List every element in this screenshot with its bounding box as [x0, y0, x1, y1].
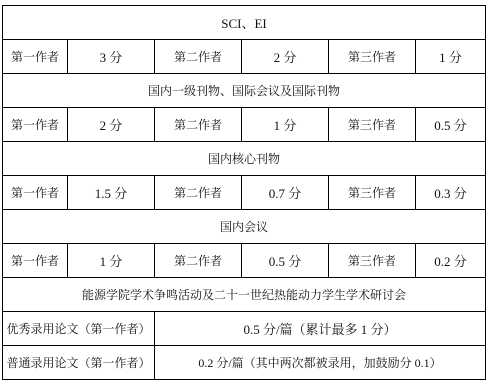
score-value: 1 分: [416, 40, 486, 74]
author-score-row: 第一作者 2 分 第二作者 1 分 第三作者 0.5 分: [3, 108, 486, 142]
section-title-domestic-first-class: 国内一级刊物、国际会议及国际刊物: [3, 74, 486, 108]
author-score-row: 第一作者 3 分 第二作者 2 分 第三作者 1 分: [3, 40, 486, 74]
author-label: 第三作者: [329, 244, 416, 278]
author-label: 第一作者: [3, 40, 68, 74]
author-label: 第二作者: [155, 40, 242, 74]
author-label: 第二作者: [155, 176, 242, 210]
score-value: 0.7 分: [242, 176, 329, 210]
score-value: 0.5 分: [416, 108, 486, 142]
author-label: 第二作者: [155, 108, 242, 142]
paper-score-row: 普通录用论文（第一作者） 0.2 分/篇（其中两次都被录用，加鼓励分 0.1）: [3, 346, 486, 380]
section-header-row: 国内一级刊物、国际会议及国际刊物: [3, 74, 486, 108]
score-value: 2 分: [242, 40, 329, 74]
score-value: 1 分: [242, 108, 329, 142]
section-title-sci-ei: SCI、EI: [3, 6, 486, 40]
paper-score-row: 优秀录用论文（第一作者） 0.5 分/篇（累计最多 1 分）: [3, 312, 486, 346]
author-score-row: 第一作者 1.5 分 第二作者 0.7 分 第三作者 0.3 分: [3, 176, 486, 210]
score-value: 1.5 分: [68, 176, 155, 210]
paper-score-value: 0.5 分/篇（累计最多 1 分）: [155, 312, 486, 346]
author-label: 第一作者: [3, 108, 68, 142]
section-header-row: 能源学院学术争鸣活动及二十一世纪热能动力学生学术研讨会: [3, 278, 486, 312]
author-label: 第一作者: [3, 176, 68, 210]
section-header-row: 国内会议: [3, 210, 486, 244]
paper-category-label: 优秀录用论文（第一作者）: [3, 312, 155, 346]
score-value: 3 分: [68, 40, 155, 74]
author-score-row: 第一作者 1 分 第二作者 0.5 分 第三作者 0.2 分: [3, 244, 486, 278]
section-title-domestic-core: 国内核心刊物: [3, 142, 486, 176]
score-value: 0.2 分: [416, 244, 486, 278]
score-value: 0.5 分: [242, 244, 329, 278]
scoring-table: SCI、EI 第一作者 3 分 第二作者 2 分 第三作者 1 分 国内一级刊物…: [2, 5, 486, 380]
paper-category-label: 普通录用论文（第一作者）: [3, 346, 155, 380]
score-value: 0.3 分: [416, 176, 486, 210]
section-header-row: SCI、EI: [3, 6, 486, 40]
score-value: 2 分: [68, 108, 155, 142]
author-label: 第一作者: [3, 244, 68, 278]
author-label: 第三作者: [329, 40, 416, 74]
author-label: 第三作者: [329, 176, 416, 210]
author-label: 第二作者: [155, 244, 242, 278]
section-title-domestic-conference: 国内会议: [3, 210, 486, 244]
score-value: 1 分: [68, 244, 155, 278]
section-header-row: 国内核心刊物: [3, 142, 486, 176]
author-label: 第三作者: [329, 108, 416, 142]
paper-score-value: 0.2 分/篇（其中两次都被录用，加鼓励分 0.1）: [155, 346, 486, 380]
section-title-academic-conference: 能源学院学术争鸣活动及二十一世纪热能动力学生学术研讨会: [3, 278, 486, 312]
